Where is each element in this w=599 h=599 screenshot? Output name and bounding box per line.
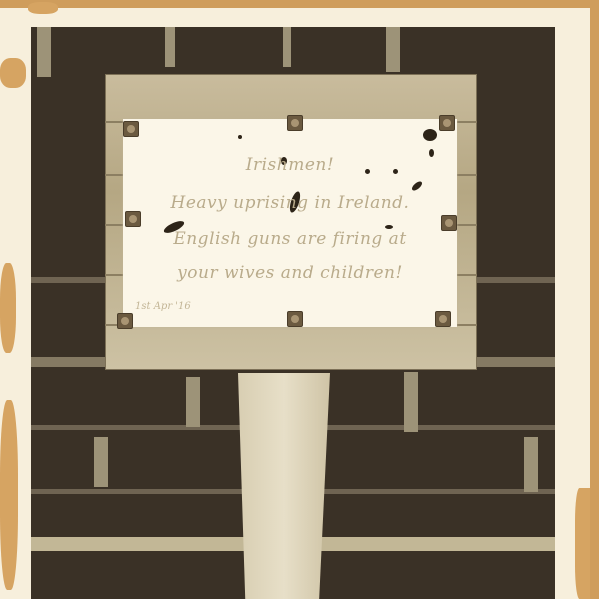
tack-icon [287,311,303,327]
brick-joint [165,27,175,67]
brick-joint [94,437,108,487]
wooden-post [238,373,330,599]
brick-joint [386,27,400,72]
notice-date-signature: 1st Apr '16 [135,301,191,312]
stain [0,58,26,88]
tack-icon [125,211,141,227]
notice-line-4: your wives and children! [123,263,457,283]
tack-icon [439,115,455,131]
bullet-hole [238,135,242,139]
photograph: Irishmen! Heavy uprising in Ireland. Eng… [31,27,555,599]
stain [28,2,58,14]
brick-joint [37,27,51,77]
notice-line-1: Irishmen! [123,155,457,175]
handwritten-notice: Irishmen! Heavy uprising in Ireland. Eng… [123,119,457,327]
bullet-hole [423,129,437,141]
tack-icon [117,313,133,329]
notice-line-3: English guns are firing at [123,229,457,249]
bullet-hole [410,180,423,192]
tack-icon [287,115,303,131]
brick-joint [186,377,200,427]
brick-joint [524,437,538,492]
stain [575,488,590,599]
stain [0,263,16,353]
brick-joint [283,27,291,67]
brick-joint [404,372,418,432]
notice-line-2: Heavy uprising in Ireland. [123,193,457,213]
tack-icon [123,121,139,137]
tack-icon [435,311,451,327]
stain [0,400,18,590]
